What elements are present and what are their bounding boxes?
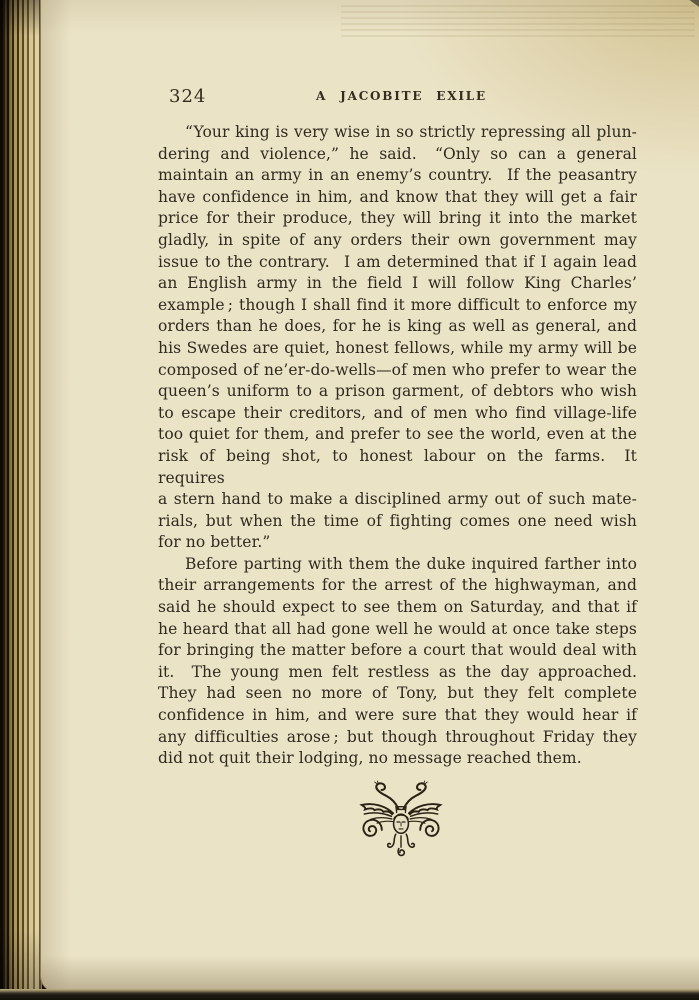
text-line: rials, but when the time of fighting com… — [158, 511, 637, 533]
running-header-title: A JACOBITE EXILE — [159, 89, 644, 103]
text-line: price for their produce, they will bring… — [158, 208, 637, 230]
text-line: it. The young men felt restless as the d… — [158, 662, 637, 684]
text-line: said he should expect to see them on Sat… — [158, 597, 637, 619]
text-line: any difficulties arose ; but though thro… — [158, 727, 637, 749]
text-line: queen’s uniform to a prison garment, of … — [158, 381, 637, 403]
text-line: gladly, in spite of any orders their own… — [158, 230, 637, 252]
text-line: he heard that all had gone well he would… — [158, 619, 637, 641]
text-line: confidence in him, and were sure that th… — [158, 705, 637, 727]
text-line: composed of ne’er-do-wells—of men who pr… — [158, 360, 637, 382]
text-line: They had seen no more of Tony, but they … — [158, 683, 637, 705]
text-line: for no better.” — [158, 532, 637, 554]
text-line: Before parting with them the duke inquir… — [158, 554, 637, 576]
text-line: example ; though I shall find it more di… — [158, 295, 637, 317]
text-line: a stern hand to make a disciplined army … — [158, 489, 637, 511]
page-top-edge-streaks — [341, 5, 695, 41]
text-line: maintain an army in an enemy’s country. … — [158, 165, 637, 187]
book-binding-edge — [0, 0, 42, 1000]
body-text: “Your king is very wise in so strictly r… — [158, 122, 637, 770]
mercury-head-ornament-icon — [353, 777, 449, 867]
text-line: did not quit their lodging, no message r… — [158, 748, 637, 770]
text-line: orders than he does, for he is king as w… — [158, 316, 637, 338]
text-line: issue to the contrary. I am determined t… — [158, 252, 637, 274]
text-line: to escape their creditors, and of men wh… — [158, 403, 637, 425]
text-line: dering and violence,” he said. “Only so … — [158, 144, 637, 166]
paragraph: “Your king is very wise in so strictly r… — [158, 122, 637, 554]
page: 324 A JACOBITE EXILE “Your king is very … — [40, 0, 699, 992]
book-bottom-edge — [0, 989, 699, 1000]
text-line: for bringing the matter before a court t… — [158, 640, 637, 662]
text-line: his Swedes are quiet, honest fellows, wh… — [158, 338, 637, 360]
text-line: too quiet for them, and prefer to see th… — [158, 424, 637, 446]
text-line: “Your king is very wise in so strictly r… — [158, 122, 637, 144]
text-line: have confidence in him, and know that th… — [158, 187, 637, 209]
paragraph: Before parting with them the duke inquir… — [158, 554, 637, 770]
text-line: their arrangements for the arrest of the… — [158, 575, 637, 597]
book-page-photo: 324 A JACOBITE EXILE “Your king is very … — [0, 0, 699, 1000]
text-line: risk of being shot, to honest labour on … — [158, 446, 637, 489]
text-line: an English army in the field I will foll… — [158, 273, 637, 295]
